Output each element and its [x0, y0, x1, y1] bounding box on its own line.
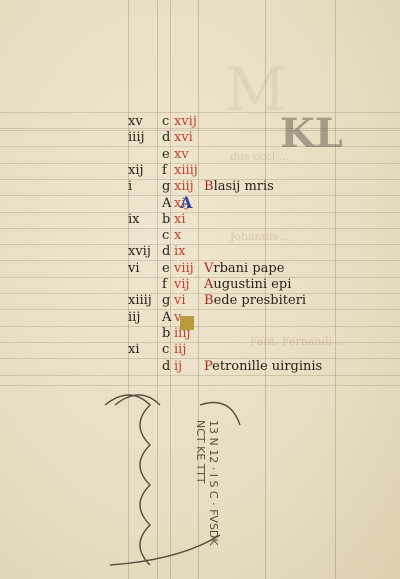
roman-date: ix: [174, 244, 204, 260]
calendar-row: i g xiij Blasij mris: [0, 179, 400, 195]
saint-feast: Augustini epi: [204, 277, 291, 293]
saint-feast: Blasij mris: [204, 179, 274, 195]
dominical-letter: e: [162, 147, 174, 163]
golden-number: xv: [128, 114, 158, 130]
manuscript-page: M KL dus cccl ... Johannis ... Fant. Fer…: [0, 0, 400, 579]
dominical-letter: A: [162, 310, 174, 326]
calendar-row: vi e viij Vrbani pape: [0, 261, 400, 277]
golden-number: iij: [128, 310, 158, 326]
golden-number: ix: [128, 212, 158, 228]
dominical-letter: f: [162, 277, 174, 293]
roman-date: xv: [174, 147, 204, 163]
calendar-row: iiij d xvi: [0, 130, 400, 146]
roman-date: xvi: [174, 130, 204, 146]
roman-date: ij: [174, 359, 204, 375]
golden-number: xvij: [128, 244, 158, 260]
golden-number: iiij: [128, 130, 158, 146]
dominical-letter: d: [162, 359, 174, 375]
roman-date: iij: [174, 342, 204, 358]
calendar-row: xiiij g vi Bede presbiteri: [0, 293, 400, 309]
calendar-row: xi c iij: [0, 342, 400, 358]
dominical-letter: g: [162, 179, 174, 195]
gilded-initial-a: [180, 316, 194, 330]
dominical-letter: c: [162, 114, 174, 130]
calendar-row: xij f xiiij: [0, 163, 400, 179]
calendar-row: A xij: [0, 196, 400, 212]
calendar-row: b iiij: [0, 326, 400, 342]
roman-date: viij: [174, 261, 204, 277]
calendar-row: e xv: [0, 147, 400, 163]
dominical-letter: e: [162, 261, 174, 277]
dominical-letter: A: [162, 196, 174, 212]
golden-number: xij: [128, 163, 158, 179]
roman-date: xi: [174, 212, 204, 228]
decorated-initial-a: A: [180, 193, 192, 212]
dominical-letter: d: [162, 244, 174, 260]
calendar-row: ix b xi: [0, 212, 400, 228]
calendar-row: xv c xvij: [0, 114, 400, 130]
golden-number: vi: [128, 261, 158, 277]
calendar-row: iij A v: [0, 310, 400, 326]
dominical-letter: b: [162, 326, 174, 342]
roman-date: xvij: [174, 114, 204, 130]
library-stamp: 13 N 12 · I S C · FVSDK NCT KE TTT: [160, 420, 220, 560]
roman-date: vij: [174, 277, 204, 293]
golden-number: xiiij: [128, 293, 158, 309]
saint-feast: Bede presbiteri: [204, 293, 306, 309]
calendar-row: xvij d ix: [0, 244, 400, 260]
dominical-letter: f: [162, 163, 174, 179]
calendar-row: c x: [0, 228, 400, 244]
dominical-letter: c: [162, 342, 174, 358]
ruling-line: [0, 375, 400, 376]
golden-number: xi: [128, 342, 158, 358]
dominical-letter: c: [162, 228, 174, 244]
saint-feast: Petronille uirginis: [204, 359, 322, 375]
roman-date: vi: [174, 293, 204, 309]
dominical-letter: b: [162, 212, 174, 228]
golden-number: i: [128, 179, 158, 195]
saint-feast: Vrbani pape: [204, 261, 284, 277]
roman-date: xiiij: [174, 163, 204, 179]
roman-date: x: [174, 228, 204, 244]
dominical-letter: g: [162, 293, 174, 309]
dominical-letter: d: [162, 130, 174, 146]
calendar-row: f vij Augustini epi: [0, 277, 400, 293]
calendar-row: d ij Petronille uirginis: [0, 359, 400, 375]
